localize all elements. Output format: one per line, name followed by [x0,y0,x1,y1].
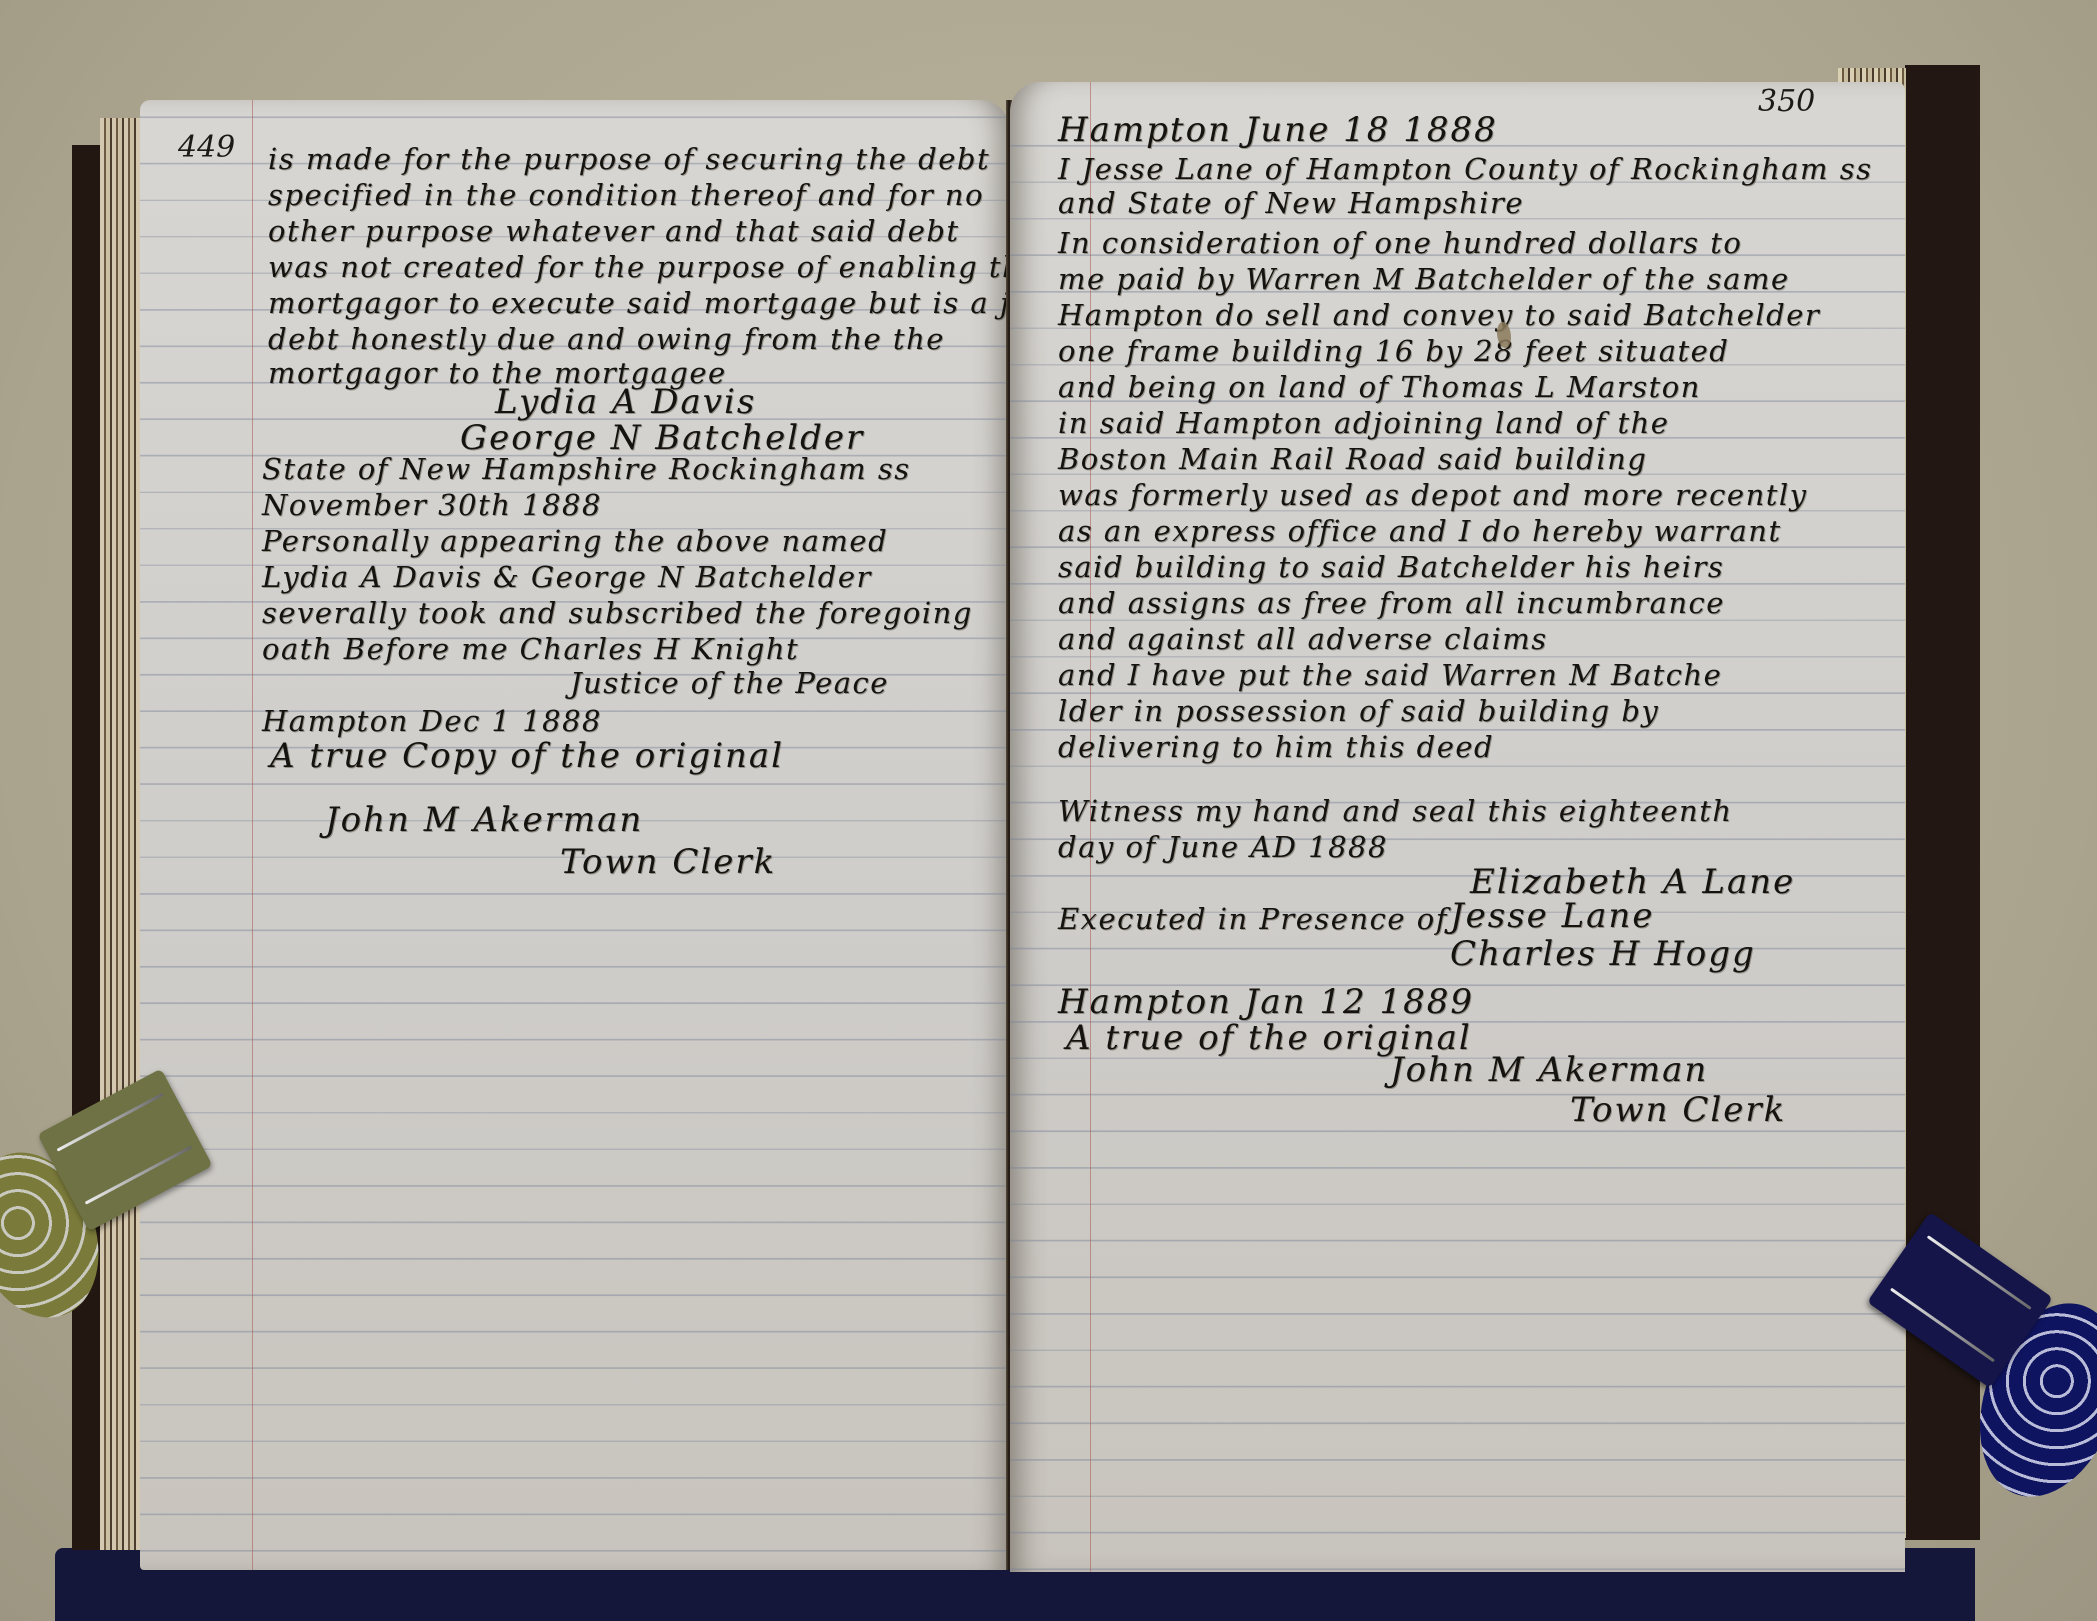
body-line: lder in possession of said building by [1058,694,1659,728]
body-line: and I have put the said Warren M Batche [1058,658,1722,692]
body-line: specified in the condition thereof and f… [268,178,984,212]
witness-signature: Charles H Hogg [1450,934,1756,974]
recording-place-date: Hampton Jan 12 1889 [1058,982,1474,1022]
body-line: debt honestly due and owing from the the [268,322,945,356]
body-line: and against all adverse claims [1058,622,1548,656]
jurat-line: State of New Hampshire Rockingham ss [262,452,911,486]
jurat-line: Personally appearing the above named [262,524,888,558]
witness-line: Witness my hand and seal this eighteenth [1058,794,1733,828]
signature: Lydia A Davis [495,382,756,422]
body-line: one frame building 16 by 28 feet situate… [1058,334,1729,368]
right-page: 350 Hampton June 18 1888 I Jesse Lane of… [1010,82,1905,1572]
witness-signature: Jesse Lane [1450,896,1654,936]
page-number: 350 [1758,84,1815,119]
body-line: Hampton do sell and convey to said Batch… [1058,298,1820,332]
recording-attestation: A true Copy of the original [270,736,784,776]
left-page: 449 is made for the purpose of securing … [140,100,1010,1570]
body-line: was not created for the purpose of enabl… [268,250,1010,284]
witness-line: day of June AD 1888 [1058,830,1388,864]
clerk-signature: John M Akerman [1390,1050,1708,1090]
executed-label: Executed in Presence of [1058,902,1448,936]
body-line: and State of New Hampshire [1058,186,1524,220]
jurat-line: oath Before me Charles H Knight [262,632,799,666]
jurat-line: severally took and subscribed the forego… [262,596,973,630]
jurat-line: November 30th 1888 [262,488,602,522]
body-line: in said Hampton adjoining land of the [1058,406,1669,440]
body-line: as an express office and I do hereby war… [1058,514,1782,548]
body-line: Boston Main Rail Road said building [1058,442,1647,476]
body-line: said building to said Batchelder his hei… [1058,550,1724,584]
jurat-line: Lydia A Davis & George N Batchelder [262,560,872,594]
margin-line [252,100,253,1570]
clerk-signature: John M Akerman [325,800,643,840]
body-line: mortgagor to execute said mortgage but i… [268,286,1010,320]
body-line: was formerly used as depot and more rece… [1058,478,1808,512]
body-line: is made for the purpose of securing the … [268,142,990,176]
body-line: and assigns as free from all incumbrance [1058,586,1725,620]
jurat-title: Justice of the Peace [570,666,889,700]
clerk-title: Town Clerk [1570,1090,1786,1130]
recording-place-date: Hampton Dec 1 1888 [262,704,602,738]
body-line: and being on land of Thomas L Marston [1058,370,1701,404]
clerk-title: Town Clerk [560,842,776,882]
body-line: I Jesse Lane of Hampton County of Rockin… [1058,152,1873,186]
body-line: delivering to him this deed [1058,730,1494,764]
body-line: other purpose whatever and that said deb… [268,214,960,248]
body-line: In consideration of one hundred dollars … [1058,226,1742,260]
page-number: 449 [178,130,235,165]
deed-heading: Hampton June 18 1888 [1058,110,1498,150]
body-line: me paid by Warren M Batchelder of the sa… [1058,262,1790,296]
